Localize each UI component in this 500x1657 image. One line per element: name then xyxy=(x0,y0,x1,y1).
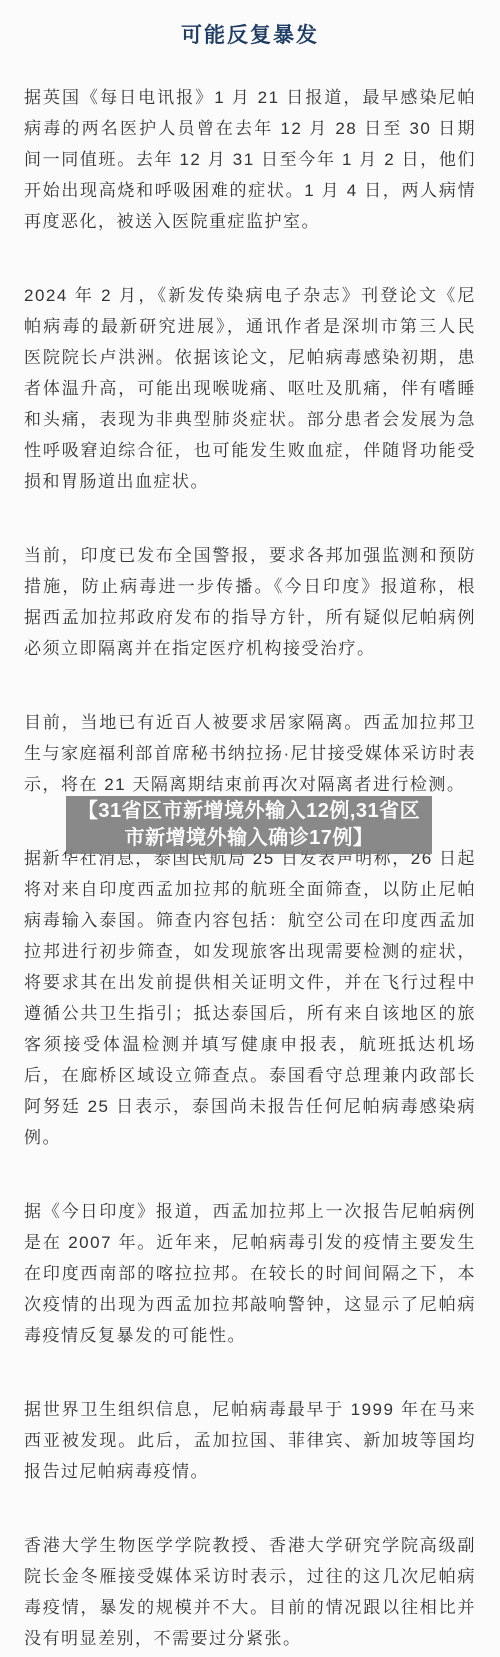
paragraph: 2024 年 2 月，《新发传染病电子杂志》刊登论文《尼帕病毒的最新研究进展》，… xyxy=(24,280,476,497)
paragraph: 当前，印度已发布全国警报，要求各邦加强监测和预防措施，防止病毒进一步传播。《今日… xyxy=(24,540,476,664)
paragraph: 据新华社消息，泰国民航局 25 日发表声明称，26 日起将对来自印度西孟加拉邦的… xyxy=(24,843,476,1153)
paragraph: 据英国《每日电讯报》1 月 21 日报道，最早感染尼帕病毒的两名医护人员曾在去年… xyxy=(24,82,476,237)
paragraph: 目前，当地已有近百人被要求居家隔离。西孟加拉邦卫生与家庭福利部首席秘书纳拉扬·尼… xyxy=(24,707,476,800)
caption-overlay: 【31省区市新增境外输入12例,31省区市新增境外输入确诊17例】 xyxy=(66,796,432,854)
article-title: 可能反复暴发 xyxy=(24,0,476,48)
paragraph: 据世界卫生组织信息，尼帕病毒最早于 1999 年在马来西亚被发现。此后，孟加拉国… xyxy=(24,1394,476,1487)
article-page: 可能反复暴发 据英国《每日电讯报》1 月 21 日报道，最早感染尼帕病毒的两名医… xyxy=(0,0,500,1657)
paragraph: 香港大学生物医学学院教授、香港大学研究学院高级副院长金冬雁接受媒体采访时表示，过… xyxy=(24,1530,476,1654)
paragraph: 据《今日印度》报道，西孟加拉邦上一次报告尼帕病例是在 2007 年。近年来，尼帕… xyxy=(24,1196,476,1351)
